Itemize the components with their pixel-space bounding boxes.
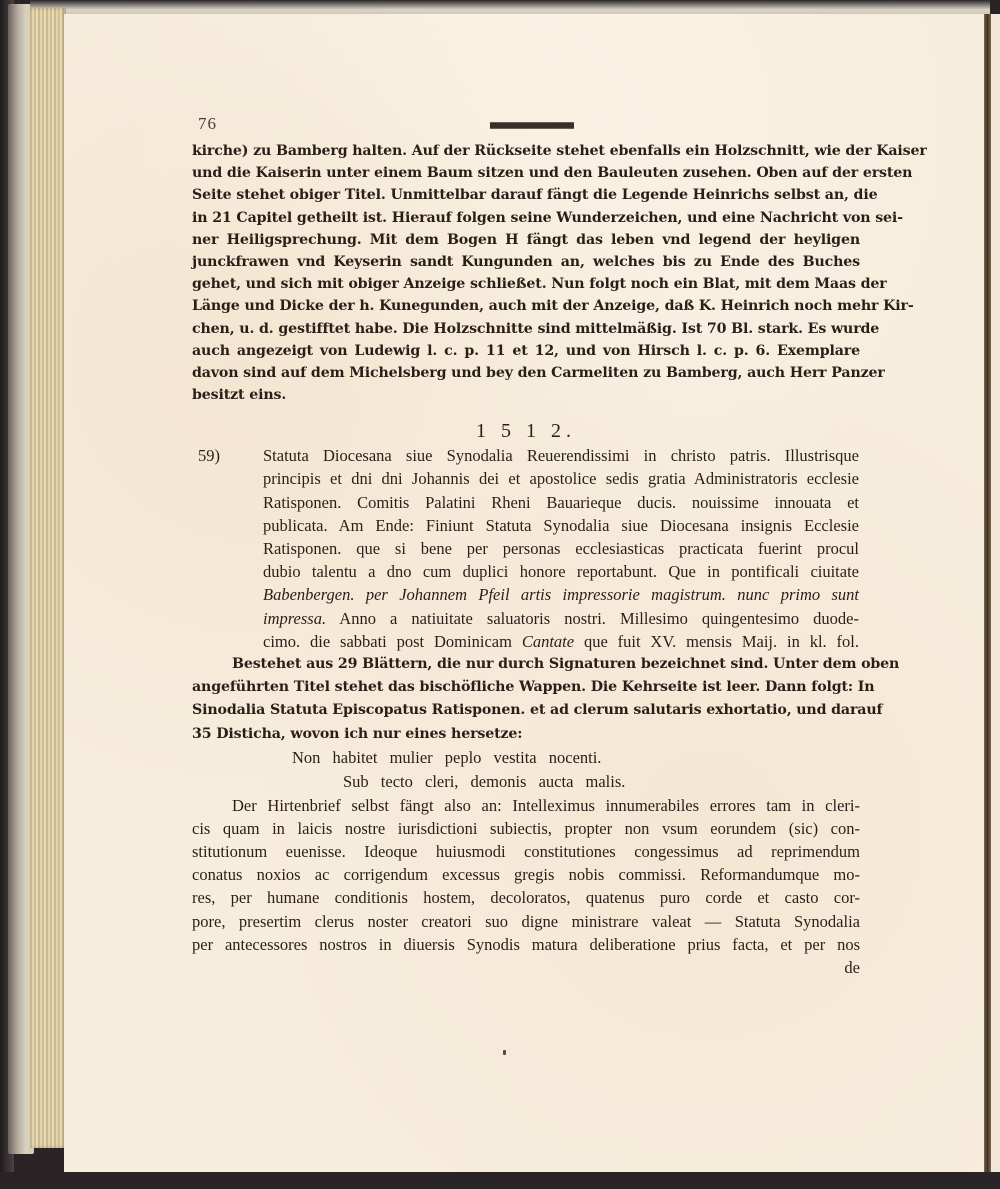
text-line: pore, presertim clerus noster creatori s… xyxy=(192,910,860,933)
description-paragraph: Bestehet aus 29 Blättern, die nur durch … xyxy=(192,653,860,746)
text-line: und die Kaiserin unter einem Baum sitzen… xyxy=(192,162,860,184)
entry-body: Statuta Diocesana siue Synodalia Reueren… xyxy=(263,444,859,653)
text-line: 35 Disticha, wovon ich nur eines hersetz… xyxy=(192,723,860,746)
ink-speck xyxy=(503,1050,506,1055)
intro-paragraph: kirche) zu Bamberg halten. Auf der Rücks… xyxy=(192,140,860,406)
text-line: Sinodalia Statuta Episcopatus Ratisponen… xyxy=(192,699,860,722)
text-line: auch angezeigt von Ludewig l. c. p. 11 e… xyxy=(192,340,860,362)
text-line: in 21 Capitel getheilt ist. Hierauf folg… xyxy=(192,207,860,229)
text-line: stitutionum euenisse. Ideoque huiusmodi … xyxy=(192,840,860,863)
text-line: res, per humane conditionis hostem, deco… xyxy=(192,886,860,909)
scan-background-bottom xyxy=(0,1172,1000,1189)
verse-line: Non habitet mulier peplo vestita nocenti… xyxy=(192,746,860,770)
text-line: impressa. Anno a natiuitate saluatoris n… xyxy=(263,607,859,630)
text-line: ner Heiligsprechung. Mit dem Bogen H fän… xyxy=(192,229,860,251)
page-text-block: 76 kirche) zu Bamberg halten. Auf der Rü… xyxy=(192,112,860,980)
text-line: angeführten Titel stehet das bischöflich… xyxy=(192,676,860,699)
entry-number: 59) xyxy=(198,444,220,467)
text-line: junckfrawen vnd Keyserin sandt Kungunden… xyxy=(192,251,860,273)
text-line: Ratisponen. que si bene per personas ecc… xyxy=(263,537,859,560)
page-stack-edge xyxy=(30,8,66,1148)
header-ornament-rule xyxy=(490,122,574,129)
catchword: de xyxy=(192,956,860,980)
italic-word: Cantate xyxy=(522,632,574,651)
text-line: Bestehet aus 29 Blättern, die nur durch … xyxy=(192,653,860,676)
text-line: gehet, und sich mit obiger Anzeige schli… xyxy=(192,273,860,295)
verse-line: Sub tecto cleri, demonis aucta malis. xyxy=(192,770,860,794)
text-span: Anno a natiuitate saluatoris nostri. Mil… xyxy=(326,609,859,628)
text-line: Länge und Dicke der h. Kunegunden, auch … xyxy=(192,295,860,317)
text-line: publicata. Am Ende: Finiunt Statuta Syno… xyxy=(263,514,859,537)
text-line: chen, u. d. gestifftet habe. Die Holzsch… xyxy=(192,318,860,340)
text-line: dubio talentu a dno cum duplici honore r… xyxy=(263,560,859,583)
distich-verse: Non habitet mulier peplo vestita nocenti… xyxy=(192,746,860,794)
text-line: kirche) zu Bamberg halten. Auf der Rücks… xyxy=(192,140,860,162)
text-line: conatus noxios ac corrigendum excessus g… xyxy=(192,863,860,886)
text-line: per antecessores nostros in diuersis Syn… xyxy=(192,933,860,956)
text-line: davon sind auf dem Michelsberg und bey d… xyxy=(192,362,860,384)
text-line: Statuta Diocesana siue Synodalia Reueren… xyxy=(263,444,859,467)
text-line-italic: Babenbergen. per Johannem Pfeil artis im… xyxy=(263,583,859,606)
text-span: que fuit XV. mensis Maij. in kl. fol. xyxy=(574,632,859,651)
text-line: Ratisponen. Comitis Palatini Rheni Bauar… xyxy=(263,491,859,514)
text-span: cimo. die sabbati post Dominicam xyxy=(263,632,522,651)
year-heading: 1 5 1 2. xyxy=(192,418,860,444)
text-line: cis quam in laicis nostre iurisdictioni … xyxy=(192,817,860,840)
gutter-fold xyxy=(984,14,991,1176)
text-line: principis et dni dni Johannis dei et apo… xyxy=(263,467,859,490)
text-line: cimo. die sabbati post Dominicam Cantate… xyxy=(263,630,859,653)
running-head: 76 xyxy=(192,112,860,140)
page-number: 76 xyxy=(198,114,217,134)
bibliography-entry: 59) Statuta Diocesana siue Synodalia Reu… xyxy=(192,444,860,653)
pastoral-letter-paragraph: Der Hirtenbrief selbst fängt also an: In… xyxy=(192,794,860,956)
text-line: Seite stehet obiger Titel. Unmittelbar d… xyxy=(192,184,860,206)
text-line: Der Hirtenbrief selbst fängt also an: In… xyxy=(192,794,860,817)
italic-word: impressa. xyxy=(263,609,326,628)
text-line: besitzt eins. xyxy=(192,384,860,406)
facing-page-sliver xyxy=(991,14,1000,1176)
